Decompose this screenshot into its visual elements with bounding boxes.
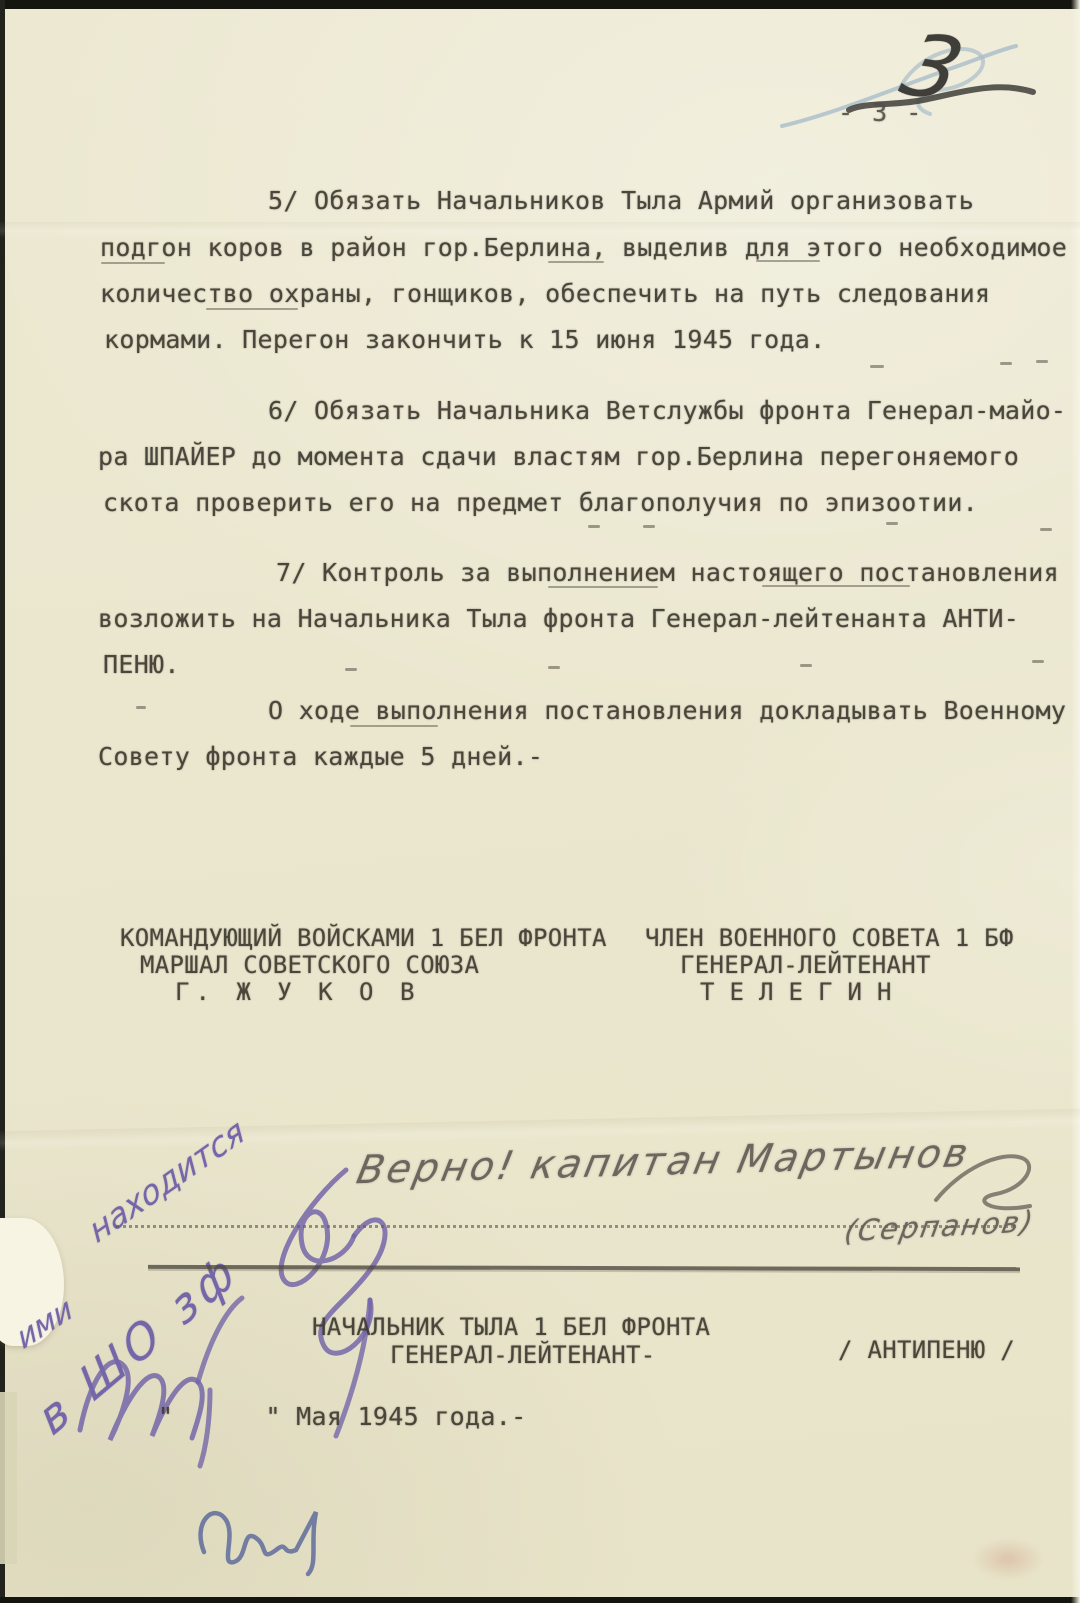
typewriter-underline [756,260,820,262]
purple-margin-signature [60,1270,290,1470]
scan-edge-top [0,0,1080,9]
commander-name: Г. Ж У К О В [175,978,420,1006]
typed-line: 5/ Обязать Начальников Тыла Армий органи… [268,186,974,215]
typed-line: подгон коров в район гор.Берлина, выдели… [100,233,1067,262]
typed-line: ра ШПАЙЕР до момента сдачи властям гор.Б… [98,442,1019,471]
typewriter-smudge [588,525,600,528]
red-ink-smudge [972,1538,1044,1580]
typewriter-smudge [345,668,357,671]
commander-title-line1: КОМАНДУЮЩИЙ ВОЙСКАМИ 1 БЕЛ ФРОНТА [120,924,607,952]
scan-edge-bottom [0,1597,1080,1603]
typewriter-smudge [800,664,812,667]
council-member-name: Т Е Л Е Г И Н [700,978,892,1006]
footer-date-line: " " Мая 1945 года.- [158,1402,526,1431]
typewriter-underline [206,308,298,310]
typewriter-smudge [1036,360,1048,363]
typewriter-underline [548,586,658,588]
footer-rank: ГЕНЕРАЛ-ЛЕЙТЕНАНТ- [390,1341,656,1369]
typewriter-smudge [1000,362,1012,365]
typed-line: 6/ Обязать Начальника Ветслужбы фронта Г… [268,396,1066,425]
typed-line: количество охраны, гонщиков, обеспечить … [100,279,990,308]
typed-line: кормами. Перегон закончить к 15 июня 194… [104,325,826,354]
typewriter-smudge [1040,528,1052,531]
typed-line: Совету фронта каждые 5 дней.- [98,742,543,771]
scan-edge-left [0,0,5,1603]
typed-line: О ходе выполнения постановления докладыв… [268,696,1066,725]
typewriter-smudge [643,525,655,528]
typewriter-underline [548,261,604,263]
margin-note-fragment: находится [83,1110,250,1251]
council-member-title-line1: ЧЛЕН ВОЕННОГО СОВЕТА 1 БФ [645,924,1014,952]
typed-line: скота проверить его на предмет благополу… [103,488,978,517]
typed-line: 7/ Контроль за выполнением настоящего по… [276,558,1059,587]
typed-line: ПЕНЮ. [103,650,180,679]
typewriter-underline [101,262,165,264]
footer-name: / АНТИПЕНЮ / [838,1336,1015,1364]
commander-title-line2: МАРШАЛ СОВЕТСКОГО СОЮЗА [140,951,479,979]
paper-shadow-patch [0,1392,17,1564]
page-edge-right [1071,0,1080,1603]
typewriter-underline [350,725,438,727]
blue-ink-signature [190,1486,350,1586]
council-member-title-line2: ГЕНЕРАЛ-ЛЕЙТЕНАНТ [680,951,931,979]
dotted-rule [116,1225,1014,1228]
typewriter-smudge [548,666,560,669]
footer-unit-title: НАЧАЛЬНИК ТЫЛА 1 БЕЛ ФРОНТА [312,1313,710,1341]
typed-page-number: - 3 - [838,98,923,127]
pencil-signature-flourish [930,1140,1040,1230]
document-page: 3 - 3 - 5/ Обязать Начальников Тыла Арми… [0,0,1080,1603]
typewriter-smudge [1032,660,1044,663]
typewriter-smudge [870,365,884,368]
typewriter-smudge [136,706,146,709]
typed-line: возложить на Начальника Тыла фронта Гене… [98,604,1019,633]
typewriter-underline [762,585,910,587]
typewriter-smudge [886,522,898,525]
